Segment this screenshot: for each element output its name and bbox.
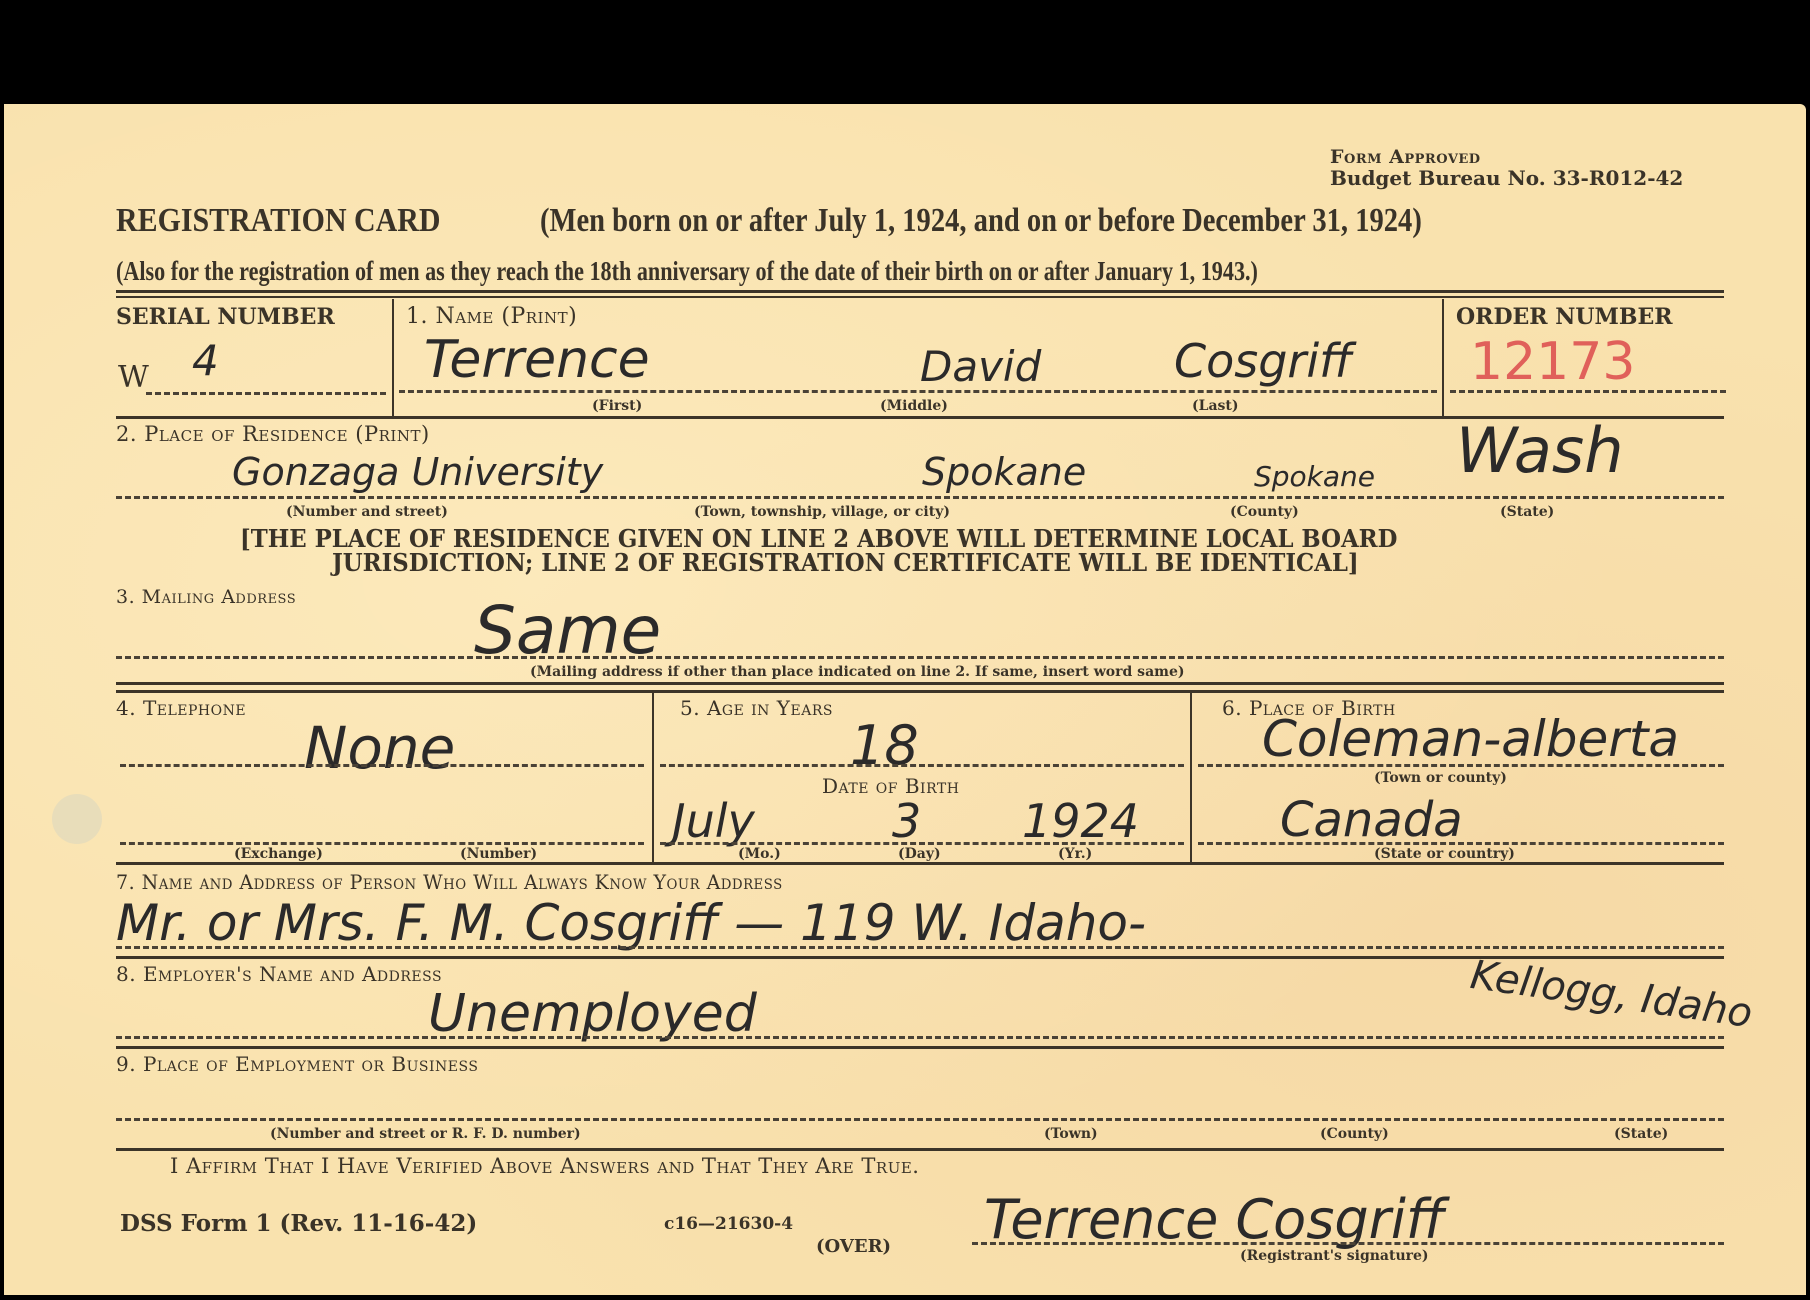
town-caption: (Town, township, village, or city)	[694, 504, 950, 520]
column-divider	[392, 299, 394, 417]
month-caption: (Mo.)	[738, 846, 781, 862]
divider	[116, 862, 1724, 865]
form-id: DSS Form 1 (Rev. 11-16-42)	[120, 1210, 477, 1237]
middle-name-value[interactable]: David	[920, 342, 1041, 391]
registration-card: Form Approved Budget Bureau No. 33-R012-…	[4, 104, 1806, 1295]
town-or-county-caption: (Town or county)	[1374, 770, 1507, 786]
divider	[116, 1046, 1724, 1049]
signature-caption: (Registrant's signature)	[1240, 1248, 1429, 1264]
employer-label: 8. Employer's Name and Address	[116, 962, 442, 986]
dob-line	[660, 842, 1184, 845]
first-caption: (First)	[592, 398, 642, 414]
state-or-country-caption: (State or country)	[1374, 846, 1515, 862]
name-label: 1. Name (Print)	[406, 304, 577, 329]
county-caption: (County)	[1230, 504, 1299, 520]
serial-number-label: SERIAL NUMBER	[116, 304, 335, 330]
first-name-value[interactable]: Terrence	[424, 330, 650, 390]
name-line	[399, 390, 1437, 393]
residence-street-value[interactable]: Gonzaga University	[232, 450, 603, 494]
divider	[116, 290, 1724, 293]
jurisdiction-note-line2: JURISDICTION; LINE 2 OF REGISTRATION CER…	[332, 548, 1359, 577]
mailing-line	[116, 656, 1724, 659]
mailing-address-label: 3. Mailing Address	[116, 586, 296, 608]
divider	[116, 682, 1724, 685]
subtitle-note: (Also for the registration of men as the…	[116, 256, 1258, 287]
age-line	[660, 764, 1184, 767]
employment-town-caption: (Town)	[1044, 1126, 1098, 1142]
order-number-label: ORDER NUMBER	[1456, 304, 1673, 330]
employment-place-label: 9. Place of Employment or Business	[116, 1052, 478, 1076]
column-divider	[1442, 299, 1444, 417]
residence-line	[116, 496, 1724, 499]
telephone-line	[120, 764, 644, 767]
birth-country-line	[1198, 842, 1724, 845]
mailing-caption: (Mailing address if other than place ind…	[530, 664, 1184, 680]
telephone-line-2	[120, 842, 644, 845]
divider	[116, 296, 1724, 298]
middle-caption: (Middle)	[880, 398, 948, 414]
birth-town-line	[1198, 764, 1724, 767]
age-value[interactable]: 18	[850, 714, 919, 777]
employment-state-caption: (State)	[1614, 1126, 1668, 1142]
contact-person-value-cont[interactable]: Kellogg, Idaho	[1468, 952, 1755, 1037]
date-of-birth-label: Date of Birth	[822, 774, 959, 798]
residence-label: 2. Place of Residence (Print)	[116, 422, 430, 446]
eligibility-note: (Men born on or after July 1, 1924, and …	[540, 202, 1422, 240]
contact-person-label: 7. Name and Address of Person Who Will A…	[116, 870, 783, 894]
residence-town-value[interactable]: Spokane	[922, 450, 1086, 494]
signature-line	[972, 1242, 1724, 1245]
residence-county-value[interactable]: Spokane	[1254, 460, 1375, 493]
affirmation-text: I Affirm That I Have Verified Above Answ…	[170, 1154, 919, 1178]
column-divider	[1190, 692, 1192, 862]
over-note: (OVER)	[816, 1236, 891, 1257]
print-code: c16—21630-4	[664, 1214, 793, 1234]
order-line	[1450, 390, 1726, 393]
last-name-value[interactable]: Cosgriff	[1174, 334, 1352, 388]
employer-value[interactable]: Unemployed	[428, 984, 757, 1044]
exchange-caption: (Exchange)	[234, 846, 323, 862]
serial-line	[146, 392, 386, 395]
employment-street-caption: (Number and street or R. F. D. number)	[270, 1126, 581, 1142]
employer-line	[116, 1036, 1724, 1039]
order-number-value[interactable]: 12173	[1470, 332, 1635, 392]
serial-prefix: W	[118, 360, 149, 395]
divider	[116, 690, 1724, 693]
stain-mark	[52, 794, 102, 844]
street-caption: (Number and street)	[286, 504, 448, 520]
birth-town-value[interactable]: Coleman-alberta	[1262, 710, 1679, 768]
serial-number-value[interactable]: 4	[192, 336, 219, 385]
employment-county-caption: (County)	[1320, 1126, 1389, 1142]
residence-state-value[interactable]: Wash	[1456, 414, 1624, 487]
birth-month-value[interactable]: July	[672, 794, 755, 848]
last-caption: (Last)	[1192, 398, 1239, 414]
divider	[116, 1148, 1724, 1151]
contact-person-value[interactable]: Mr. or Mrs. F. M. Cosgriff — 119 W. Idah…	[116, 894, 1146, 952]
contact-line	[116, 946, 1724, 949]
budget-bureau-number: Budget Bureau No. 33-R012-42	[1330, 166, 1683, 190]
year-caption: (Yr.)	[1058, 846, 1092, 862]
telephone-value[interactable]: None	[304, 714, 455, 782]
number-caption: (Number)	[460, 846, 537, 862]
page-title: REGISTRATION CARD	[116, 202, 440, 240]
telephone-label: 4. Telephone	[116, 696, 246, 720]
age-label: 5. Age in Years	[680, 696, 833, 720]
form-approved-label: Form Approved	[1330, 146, 1481, 168]
birth-day-value[interactable]: 3	[892, 794, 921, 848]
day-caption: (Day)	[898, 846, 941, 862]
birth-year-value[interactable]: 1924	[1022, 794, 1139, 848]
column-divider	[652, 692, 654, 862]
birth-country-value[interactable]: Canada	[1280, 792, 1463, 848]
state-caption: (State)	[1500, 504, 1554, 520]
employment-place-line	[116, 1118, 1724, 1121]
